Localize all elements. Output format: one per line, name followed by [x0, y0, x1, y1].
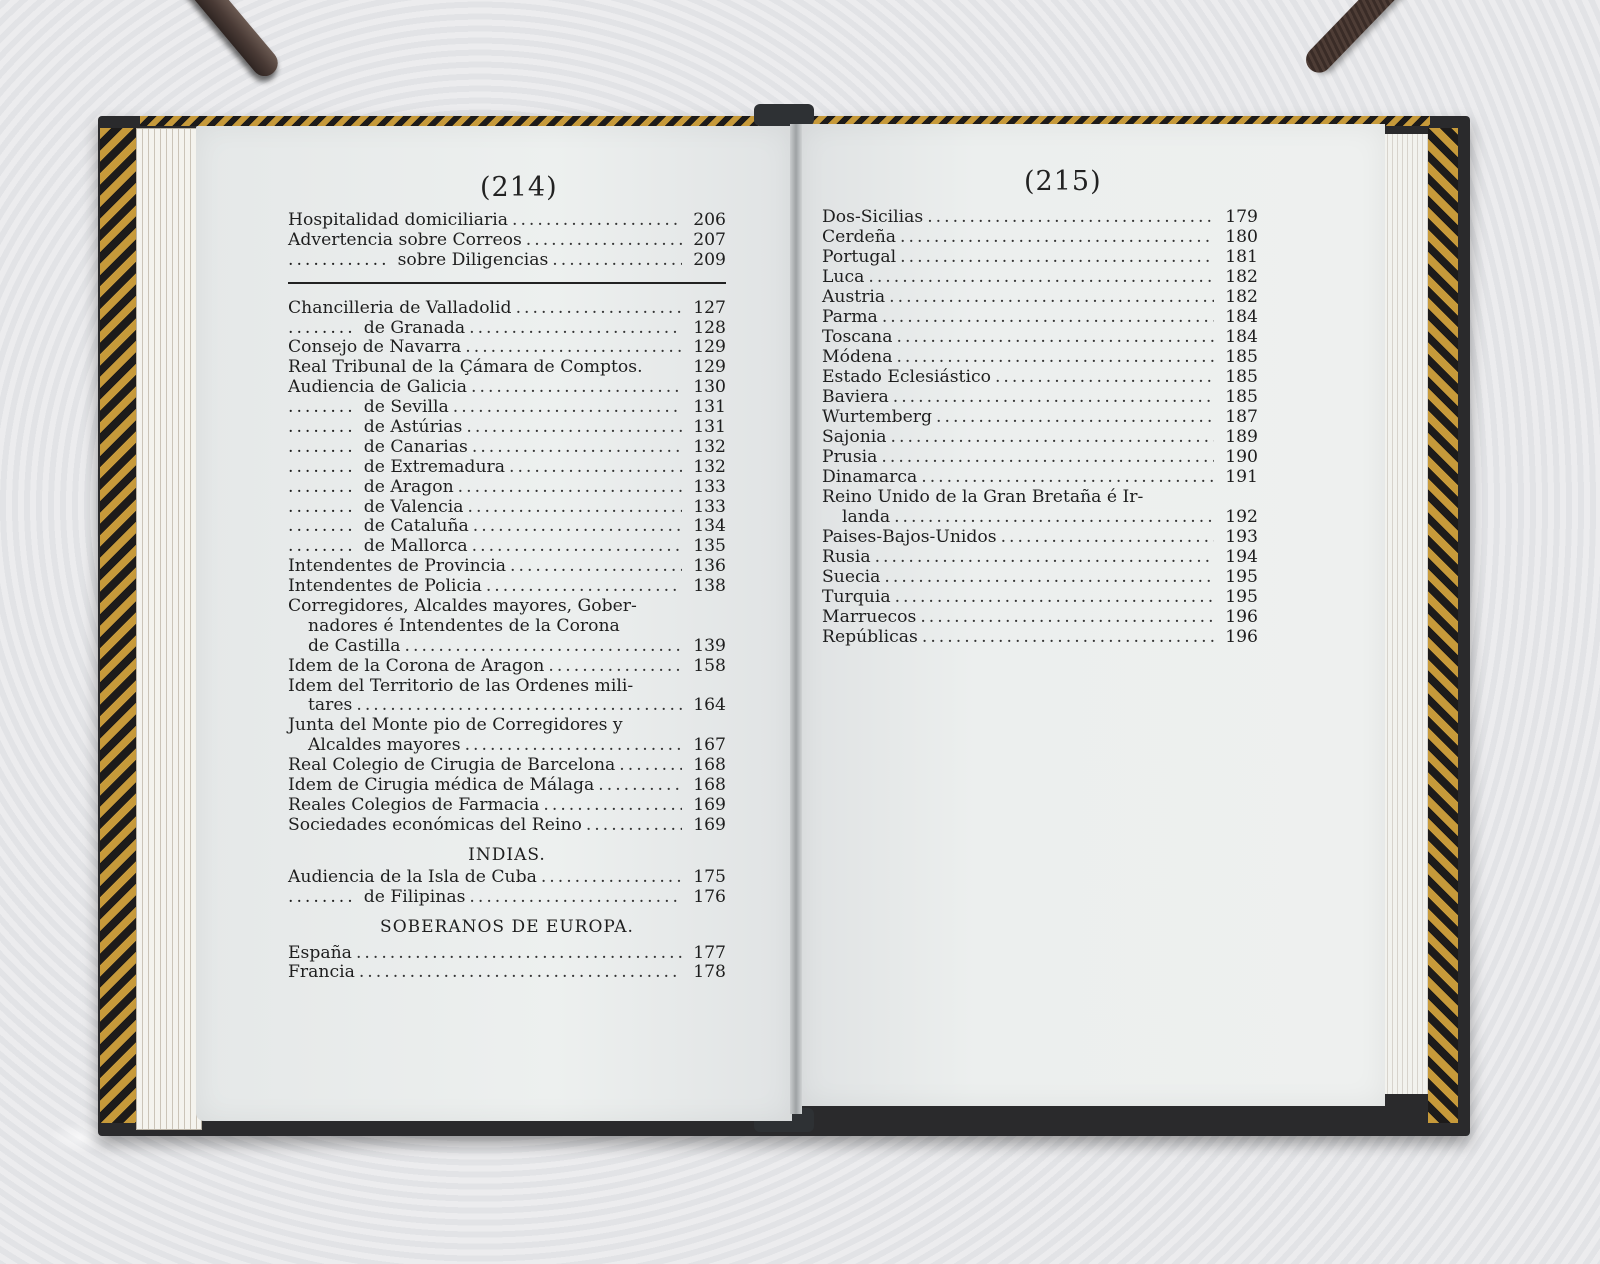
dot-leader [552, 250, 682, 270]
entry-label: de Cataluña [364, 516, 469, 536]
entry-page-number: 182 [1218, 267, 1258, 287]
entry-label: Junta del Monte pio de Corregidores y [288, 715, 623, 735]
dot-leader [469, 318, 682, 338]
entry-label: Reales Colegios de Farmacia [288, 795, 539, 815]
index-entry: Reales Colegios de Farmacia169 [288, 795, 726, 815]
entry-page-number: 136 [686, 556, 726, 576]
dot-leader [466, 417, 682, 437]
dot-leader [921, 467, 1214, 487]
ditto-leader: ............ [288, 250, 390, 270]
dot-leader [995, 367, 1214, 387]
index-entry: ........de Aragon133 [288, 477, 726, 497]
index-entry: Hospitalidad domiciliaria206 [288, 210, 726, 230]
entry-page-number: 187 [1218, 407, 1258, 427]
page-stack-left [136, 128, 202, 1130]
index-entry: Idem de Cirugia médica de Málaga168 [288, 775, 726, 795]
ditto-leader: ........ [288, 457, 356, 477]
entry-label: Rusia [822, 547, 871, 567]
entry-page-number: 196 [1218, 627, 1258, 647]
index-entry: Audiencia de la Isla de Cuba175 [288, 867, 726, 887]
index-entry: Sociedades económicas del Reino169 [288, 815, 726, 835]
entry-page-number: 184 [1218, 307, 1258, 327]
entry-page-number: 169 [686, 795, 726, 815]
index-entry: Francia178 [288, 962, 726, 982]
dot-leader [619, 755, 682, 775]
entry-label: Intendentes de Provincia [288, 556, 506, 576]
entry-page-number: 178 [686, 962, 726, 982]
entry-page-number: 168 [686, 775, 726, 795]
book-gutter [790, 124, 802, 1114]
ditto-leader: ........ [288, 497, 356, 517]
entry-page-number: 133 [686, 497, 726, 517]
ditto-leader: ........ [288, 516, 356, 536]
entry-page-number: 180 [1218, 227, 1258, 247]
index-entry: Wurtemberg187 [822, 407, 1258, 427]
entry-label: Prusia [822, 447, 877, 467]
dot-leader [920, 607, 1214, 627]
index-entry: landa192 [822, 507, 1258, 527]
dot-leader [465, 337, 682, 357]
entry-label: Luca [822, 267, 864, 287]
index-entry: Idem del Territorio de las Ordenes mili- [288, 676, 726, 696]
index-entry: Cerdeña180 [822, 227, 1258, 247]
dot-leader [894, 507, 1214, 527]
index-entry: ........de Canarias132 [288, 437, 726, 457]
entry-page-number: 129 [686, 357, 726, 377]
dot-leader [356, 695, 682, 715]
entry-label: Dos-Sicilias [822, 207, 923, 227]
index-entry: Chancilleria de Valladolid127 [288, 298, 726, 318]
left-page-number: (214) [480, 172, 558, 203]
index-entry: ........de Granada128 [288, 318, 726, 338]
entry-label: Repúblicas [822, 627, 918, 647]
index-entry: Austria182 [822, 287, 1258, 307]
dot-leader [548, 656, 682, 676]
entry-label: Advertencia sobre Correos [288, 230, 522, 250]
entry-label: Turquia [822, 587, 891, 607]
index-entry: ........de Valencia133 [288, 497, 726, 517]
dot-leader [884, 567, 1214, 587]
dot-leader [922, 627, 1214, 647]
entry-page-number: 181 [1218, 247, 1258, 267]
index-entry: Paises-Bajos-Unidos193 [822, 527, 1258, 547]
entry-page-number: 185 [1218, 387, 1258, 407]
dot-leader [458, 477, 682, 497]
dot-leader [509, 457, 682, 477]
cover-edge-left [100, 128, 140, 1123]
entry-label: Intendentes de Policia [288, 576, 482, 596]
entry-label: Consejo de Navarra [288, 337, 461, 357]
entry-label: Real Colegio de Cirugia de Barcelona [288, 755, 615, 775]
dot-leader [356, 943, 682, 963]
dot-leader [882, 307, 1214, 327]
entry-label: Toscana [822, 327, 893, 347]
index-entry: España177 [288, 943, 726, 963]
index-group-soberanos-cont: Dos-Sicilias179Cerdeña180Portugal181Luca… [822, 207, 1258, 647]
dot-leader [927, 207, 1214, 227]
right-page-index: Dos-Sicilias179Cerdeña180Portugal181Luca… [822, 207, 1258, 647]
index-entry: Repúblicas196 [822, 627, 1258, 647]
heading-soberanos: SOBERANOS DE EUROPA. [288, 915, 726, 939]
dot-leader [891, 427, 1214, 447]
metal-rod-left-overlay [138, 0, 283, 81]
entry-label: Alcaldes mayores [288, 735, 461, 755]
metal-rod-right [1301, 0, 1466, 78]
entry-page-number: 209 [686, 250, 726, 270]
entry-page-number: 169 [686, 815, 726, 835]
entry-label: Audiencia de la Isla de Cuba [288, 867, 537, 887]
entry-page-number: 168 [686, 755, 726, 775]
entry-page-number: 132 [686, 437, 726, 457]
dot-leader [469, 887, 682, 907]
dot-leader [936, 407, 1214, 427]
dot-leader [512, 210, 682, 230]
dot-leader [516, 298, 682, 318]
index-entry: de Castilla139 [288, 636, 726, 656]
index-entry: ........de Filipinas176 [288, 887, 726, 907]
dot-leader [889, 287, 1214, 307]
entry-page-number: 139 [686, 636, 726, 656]
entry-label: Austria [822, 287, 885, 307]
entry-label: Portugal [822, 247, 896, 267]
index-entry: nadores é Intendentes de la Corona [288, 616, 726, 636]
dot-leader [526, 230, 682, 250]
entry-page-number: 182 [1218, 287, 1258, 307]
dot-leader [472, 536, 682, 556]
dot-leader [586, 815, 682, 835]
ditto-leader: ........ [288, 536, 356, 556]
index-entry: Junta del Monte pio de Corregidores y [288, 715, 726, 735]
entry-label: Módena [822, 347, 892, 367]
entry-label: Suecia [822, 567, 880, 587]
ditto-leader: ........ [288, 318, 356, 338]
index-entry: Marruecos196 [822, 607, 1258, 627]
dot-leader [453, 397, 682, 417]
index-entry: Portugal181 [822, 247, 1258, 267]
entry-page-number: 133 [686, 477, 726, 497]
entry-label: Hospitalidad domiciliaria [288, 210, 508, 230]
entry-label: Estado Eclesiástico [822, 367, 991, 387]
entry-page-number: 207 [686, 230, 726, 250]
entry-page-number: 129 [686, 337, 726, 357]
ditto-leader: ........ [288, 477, 356, 497]
entry-page-number: 185 [1218, 367, 1258, 387]
spine-top [754, 104, 814, 126]
index-entry: Dinamarca191 [822, 467, 1258, 487]
entry-label: nadores é Intendentes de la Corona [288, 616, 620, 636]
dot-leader [465, 735, 682, 755]
index-entry: Prusia190 [822, 447, 1258, 467]
dot-leader [473, 516, 682, 536]
entry-page-number: 179 [1218, 207, 1258, 227]
ditto-leader: ........ [288, 887, 356, 907]
entry-label: Baviera [822, 387, 889, 407]
index-entry: ............sobre Diligencias209 [288, 250, 726, 270]
index-entry: Estado Eclesiástico185 [822, 367, 1258, 387]
dot-leader [510, 556, 682, 576]
index-entry: Turquia195 [822, 587, 1258, 607]
index-entry: Corregidores, Alcaldes mayores, Gober- [288, 596, 726, 616]
entry-label: España [288, 943, 352, 963]
entry-label: tares [288, 695, 352, 715]
entry-label: de Extremadura [364, 457, 505, 477]
index-entry: ........de Astúrias131 [288, 417, 726, 437]
entry-page-number: 130 [686, 377, 726, 397]
index-entry: ........de Mallorca135 [288, 536, 726, 556]
index-entry: Módena185 [822, 347, 1258, 367]
entry-label: Idem de la Corona de Aragon [288, 656, 544, 676]
entry-label: de Aragon [364, 477, 454, 497]
entry-page-number: 128 [686, 318, 726, 338]
entry-label: Audiencia de Galicia [288, 377, 467, 397]
dot-leader [471, 377, 682, 397]
entry-label: de Astúrias [364, 417, 463, 437]
cover-edge-right [1428, 128, 1458, 1123]
entry-page-number: 184 [1218, 327, 1258, 347]
entry-page-number: 177 [686, 943, 726, 963]
entry-page-number: 206 [686, 210, 726, 230]
entry-label: Sociedades económicas del Reino [288, 815, 582, 835]
entry-label: de Sevilla [364, 397, 449, 417]
index-entry: Toscana184 [822, 327, 1258, 347]
entry-label: de Castilla [288, 636, 401, 656]
entry-label: Marruecos [822, 607, 916, 627]
entry-page-number: 127 [686, 298, 726, 318]
dot-leader [881, 447, 1214, 467]
entry-page-number: 185 [1218, 347, 1258, 367]
entry-label: Corregidores, Alcaldes mayores, Gober- [288, 596, 637, 616]
dot-leader [900, 247, 1214, 267]
entry-label: Francia [288, 962, 355, 982]
dot-leader [895, 587, 1214, 607]
index-entry: Advertencia sobre Correos207 [288, 230, 726, 250]
entry-page-number: 190 [1218, 447, 1258, 467]
dot-leader [541, 867, 682, 887]
dot-leader [875, 547, 1214, 567]
index-entry: Dos-Sicilias179 [822, 207, 1258, 227]
entry-page-number: 158 [686, 656, 726, 676]
ditto-leader: ........ [288, 417, 356, 437]
entry-label: Wurtemberg [822, 407, 932, 427]
dot-leader [868, 267, 1214, 287]
right-page-number: (215) [1024, 166, 1102, 197]
index-entry: Intendentes de Provincia136 [288, 556, 726, 576]
dot-leader [896, 347, 1214, 367]
entry-label: Real Tribunal de la Çámara de Comptos. [288, 357, 643, 377]
index-entry: Real Colegio de Cirugia de Barcelona168 [288, 755, 726, 775]
entry-label: de Mallorca [364, 536, 468, 556]
entry-label: landa [822, 507, 890, 527]
entry-label: Sajonia [822, 427, 887, 447]
entry-label: Dinamarca [822, 467, 917, 487]
entry-label: Cerdeña [822, 227, 896, 247]
entry-page-number: 164 [686, 695, 726, 715]
entry-page-number: 131 [686, 397, 726, 417]
index-entry: Alcaldes mayores167 [288, 735, 726, 755]
index-entry: Reino Unido de la Gran Bretaña é Ir- [822, 487, 1258, 507]
entry-page-number: 193 [1218, 527, 1258, 547]
dot-leader [486, 576, 682, 596]
entry-page-number: 191 [1218, 467, 1258, 487]
index-entry: ........de Sevilla131 [288, 397, 726, 417]
entry-label: Idem de Cirugia médica de Málaga [288, 775, 594, 795]
entry-page-number: 132 [686, 457, 726, 477]
section-rule [288, 282, 726, 284]
entry-page-number: 195 [1218, 567, 1258, 587]
dot-leader [900, 227, 1214, 247]
entry-page-number: 194 [1218, 547, 1258, 567]
entry-page-number: 134 [686, 516, 726, 536]
index-entry: Rusia194 [822, 547, 1258, 567]
left-page-index: Hospitalidad domiciliaria206Advertencia … [288, 210, 726, 982]
entry-label: Chancilleria de Valladolid [288, 298, 512, 318]
ditto-leader: ........ [288, 437, 356, 457]
index-entry: Suecia195 [822, 567, 1258, 587]
index-entry: Parma184 [822, 307, 1258, 327]
index-entry: Sajonia189 [822, 427, 1258, 447]
index-entry: ........de Extremadura132 [288, 457, 726, 477]
entry-label: Paises-Bajos-Unidos [822, 527, 997, 547]
index-entry: Intendentes de Policia138 [288, 576, 726, 596]
index-entry: Baviera185 [822, 387, 1258, 407]
entry-page-number: 189 [1218, 427, 1258, 447]
index-entry: Real Tribunal de la Çámara de Comptos.12… [288, 357, 726, 377]
dot-leader [1001, 527, 1214, 547]
index-group-soberanos: España177Francia178 [288, 943, 726, 983]
index-entry: tares164 [288, 695, 726, 715]
dot-leader [598, 775, 682, 795]
entry-label: sobre Diligencias [398, 250, 549, 270]
entry-label: Reino Unido de la Gran Bretaña é Ir- [822, 487, 1143, 507]
dot-leader [893, 387, 1214, 407]
entry-page-number: 138 [686, 576, 726, 596]
entry-label: Idem del Territorio de las Ordenes mili- [288, 676, 633, 696]
dot-leader [897, 327, 1215, 347]
dot-leader [543, 795, 682, 815]
ditto-leader: ........ [288, 397, 356, 417]
entry-label: de Canarias [364, 437, 468, 457]
entry-label: de Valencia [364, 497, 464, 517]
heading-indias: INDIAS. [288, 843, 726, 867]
entry-page-number: 176 [686, 887, 726, 907]
dot-leader [359, 962, 682, 982]
index-entry: Audiencia de Galicia130 [288, 377, 726, 397]
dot-leader [405, 636, 682, 656]
entry-page-number: 135 [686, 536, 726, 556]
entry-page-number: 167 [686, 735, 726, 755]
index-group-tribunales: Chancilleria de Valladolid127........de … [288, 298, 726, 835]
entry-page-number: 192 [1218, 507, 1258, 527]
entry-page-number: 131 [686, 417, 726, 437]
dot-leader [472, 437, 682, 457]
index-entry: Idem de la Corona de Aragon158 [288, 656, 726, 676]
index-entry: ........de Cataluña134 [288, 516, 726, 536]
entry-label: de Granada [364, 318, 465, 338]
entry-page-number: 195 [1218, 587, 1258, 607]
entry-label: de Filipinas [364, 887, 466, 907]
index-entry: Luca182 [822, 267, 1258, 287]
index-group-correos: Hospitalidad domiciliaria206Advertencia … [288, 210, 726, 270]
index-group-indias: Audiencia de la Isla de Cuba175........d… [288, 867, 726, 907]
dot-leader [468, 497, 682, 517]
index-entry: Consejo de Navarra129 [288, 337, 726, 357]
entry-page-number: 196 [1218, 607, 1258, 627]
entry-label: Parma [822, 307, 878, 327]
entry-page-number: 175 [686, 867, 726, 887]
